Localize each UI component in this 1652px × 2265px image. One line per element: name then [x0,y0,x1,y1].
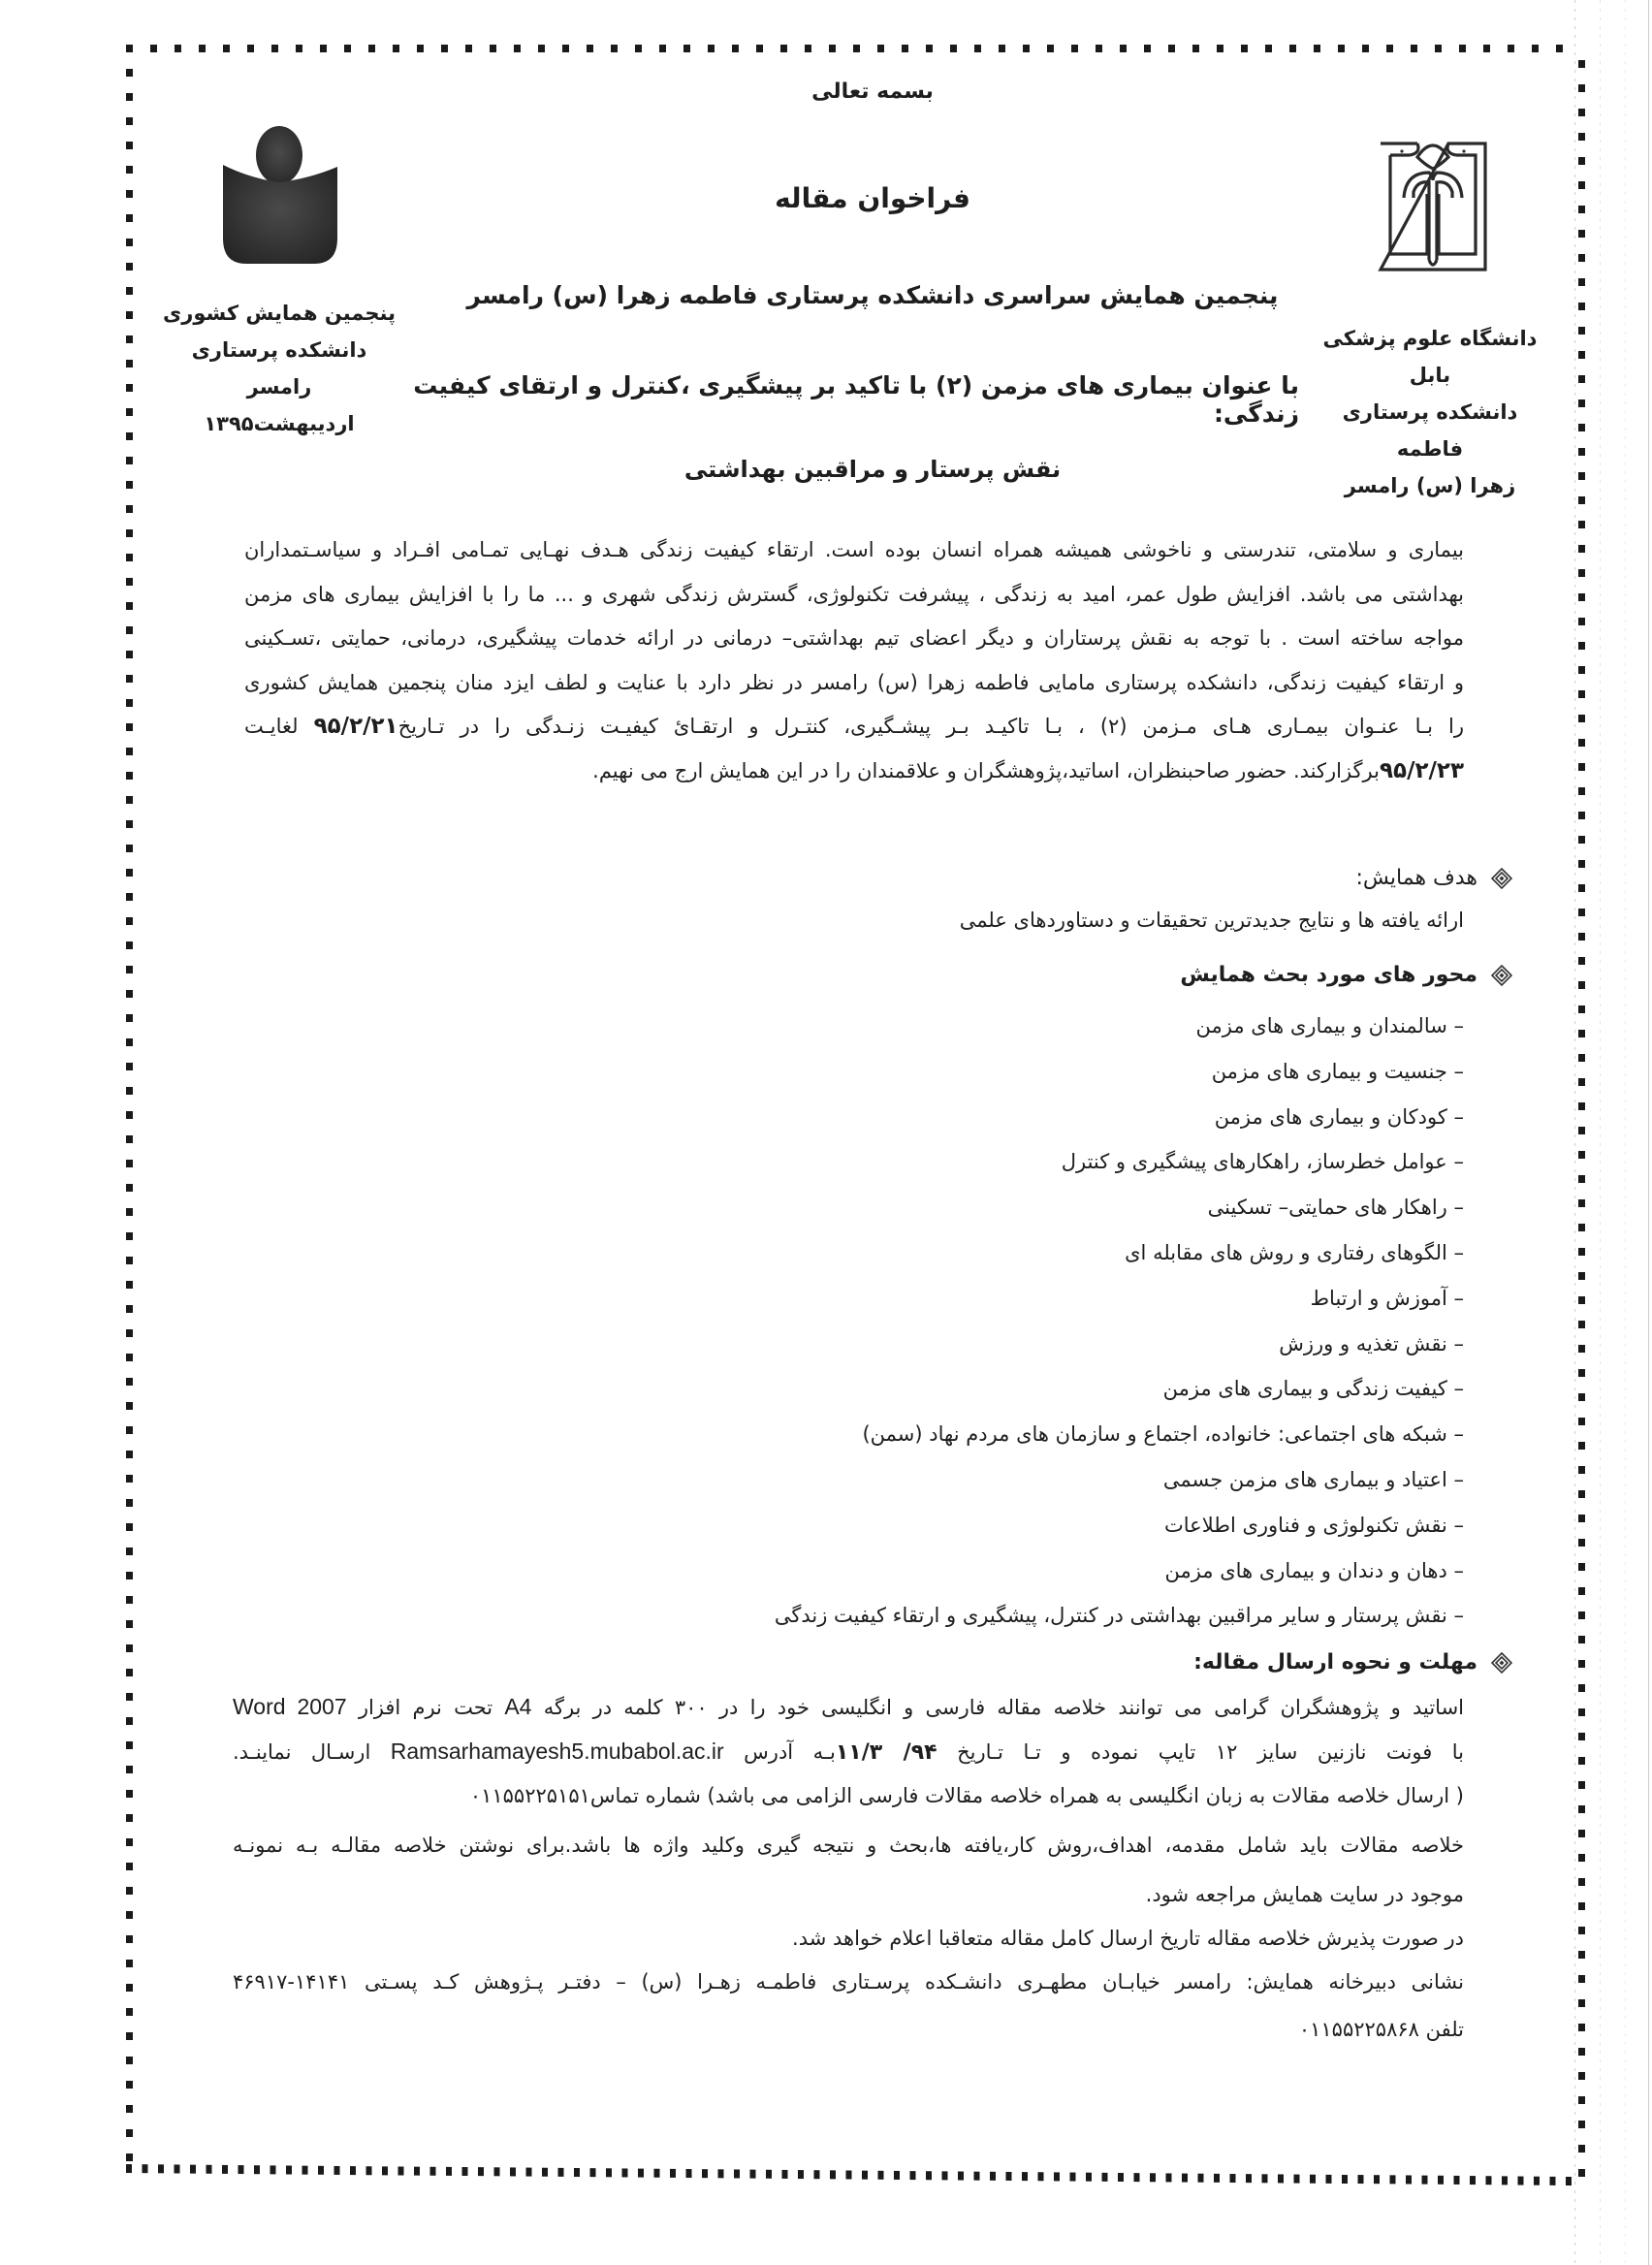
list-item: – نقش پرستار و سایر مراقبین بهداشتی در ک… [543,1593,1464,1639]
intro-line-dates: را بـا عنـوان بیمـاری هـای مـزمن (۲) ، ب… [244,705,1464,750]
submission-line: در صورت پذیرش خلاصه مقاله تاریخ ارسال کا… [233,1917,1464,1961]
dotted-frame-bottom [126,2164,1580,2185]
list-item: – سالمندان و بیماری های مزمن [543,1004,1464,1049]
conference-theme: با عنوان بیماری های مزمن (۲) با تاکید بر… [368,371,1299,428]
start-date: ۹۵/۲/۲۱ [314,714,398,739]
topics-heading-row: محور های مورد بحث همایش [543,963,1512,987]
intro-line: و ارتقاء کیفیت زندگی، دانشکده پرستاری ما… [244,661,1464,706]
dotted-frame-top [126,45,1580,52]
intro-text: لغایـت [244,715,314,738]
page-title: فراخوان مقاله [582,182,1163,214]
intro-paragraph: بیماری و سلامتی، تندرستی و ناخوشی همیشه … [244,528,1464,793]
paper-size: A4 [504,1694,531,1719]
intro-line: مواجه ساخته است . با توجه به نقش پرستارا… [244,617,1464,661]
conference-name: پنجمین همایش سراسری دانشکده پرستاری فاطم… [388,281,1357,309]
conference-subtheme: نقش پرستار و مراقبین بهداشتی [582,456,1163,483]
list-item: – الگوهای رفتاری و روش های مقابله ای [543,1230,1464,1276]
scan-artifact-line [1625,0,1626,2265]
list-item: – نقش تغذیه و ورزش [543,1322,1464,1367]
institution-right-line: زهرا (س) رامسر [1309,467,1551,504]
submission-text: بـه آدرس [724,1740,836,1764]
intro-text: را بـا عنـوان بیمـاری هـای مـزمن (۲) ، ب… [398,715,1464,738]
list-item: – نقش تکنولوژی و فناوری اطلاعات [543,1503,1464,1548]
secretariat-phone: تلفن ۰۱۱۵۵۲۲۵۸۶۸ [233,2008,1464,2052]
diamond-bullet-icon [1491,868,1512,889]
goal-heading: هدف همایش: [1355,866,1477,890]
intro-line: بهداشتی می باشد. افزایش طول عمر، امید به… [244,573,1464,618]
submission-heading: مهلت و نحوه ارسال مقاله: [1193,1650,1477,1675]
list-item: – عوامل خطرساز، راهکارهای پیشگیری و کنتر… [543,1139,1464,1185]
submission-heading-row: مهلت و نحوه ارسال مقاله: [543,1650,1512,1675]
institution-right-line: دانشگاه علوم پزشکی بابل [1309,320,1551,394]
list-item: – کودکان و بیماری های مزمن [543,1095,1464,1140]
scan-artifact-line [1574,0,1575,2265]
deadline-date: ۹۴/ ۱۱/۳ [836,1740,937,1765]
basmala: بسمه تعالی [679,80,1066,104]
submission-text: تحت نرم افزار [347,1696,505,1719]
list-item: – کیفیت زندگی و بیماری های مزمن [543,1366,1464,1412]
submission-body: اساتید و پژوهشگران گرامی می توانند خلاصه… [233,1685,1464,2052]
submission-line: خلاصه مقالات باید شامل مقدمه، اهداف،روش … [233,1824,1464,1867]
submission-text: ارسـال نماینـد. [233,1740,391,1764]
goal-heading-row: هدف همایش: [543,866,1512,890]
institution-left-line: اردیبهشت۱۳۹۵ [163,405,396,442]
submission-text: با فونت نازنین سایز ۱۲ تایپ نموده و تـا … [937,1740,1464,1764]
list-item: – جنسیت و بیماری های مزمن [543,1049,1464,1095]
scan-artifact-line [1600,0,1601,2265]
goal-text: ارائه یافته ها و نتایج جدیدترین تحقیقات … [543,909,1464,932]
intro-line-end: ۹۵/۲/۲۳برگزارکند. حضور صاحبنظران، اساتید… [244,750,1464,794]
person-book-logo-icon [221,122,347,268]
institution-left: پنجمین همایش کشوری دانشکده پرستاری رامسر… [163,295,396,442]
submission-email-link[interactable]: Ramsarhamayesh5.mubabol.ac.ir [391,1739,724,1764]
list-item: – آموزش و ارتباط [543,1276,1464,1322]
diamond-bullet-icon [1491,1652,1512,1674]
institution-left-line: پنجمین همایش کشوری [163,295,396,332]
software-name: Word 2007 [233,1694,347,1719]
topics-list: – سالمندان و بیماری های مزمن – جنسیت و ب… [543,1004,1464,1639]
scan-artifact-line [1648,0,1649,2265]
university-arch-logo-icon [1375,140,1491,275]
secretariat-address: نشانی دبیرخانه همایش: رامسر خیابـان مطهـ… [233,1961,1464,2004]
institution-left-line: دانشکده پرستاری رامسر [163,332,396,405]
submission-line: ( ارسال خلاصه مقالات به زبان انگلیسی به … [233,1774,1464,1818]
intro-line: بیماری و سلامتی، تندرستی و ناخوشی همیشه … [244,528,1464,573]
submission-line: اساتید و پژوهشگران گرامی می توانند خلاصه… [233,1685,1464,1730]
intro-text: برگزارکند. حضور صاحبنظران، اساتید،پژوهشگ… [592,759,1380,782]
diamond-bullet-icon [1491,965,1512,986]
submission-line: موجود در سایت همایش مراجعه شود. [233,1873,1464,1917]
list-item: – اعتیاد و بیماری های مزمن جسمی [543,1457,1464,1503]
dotted-frame-right [1578,60,1585,2178]
submission-text: اساتید و پژوهشگران گرامی می توانند خلاصه… [531,1696,1464,1719]
institution-right: دانشگاه علوم پزشکی بابل دانشکده پرستاری … [1309,320,1551,504]
list-item: – راهکار های حمایتی– تسکینی [543,1185,1464,1230]
list-item: – دهان و دندان و بیماری های مزمن [543,1548,1464,1594]
end-date: ۹۵/۲/۲۳ [1380,758,1464,783]
topics-heading: محور های مورد بحث همایش [1180,963,1477,987]
list-item: – شبکه های اجتماعی: خانواده، اجتماع و سا… [543,1412,1464,1457]
submission-line: با فونت نازنین سایز ۱۲ تایپ نموده و تـا … [233,1730,1464,1774]
dotted-frame-left [126,45,133,2168]
institution-right-line: دانشکده پرستاری فاطمه [1309,394,1551,467]
